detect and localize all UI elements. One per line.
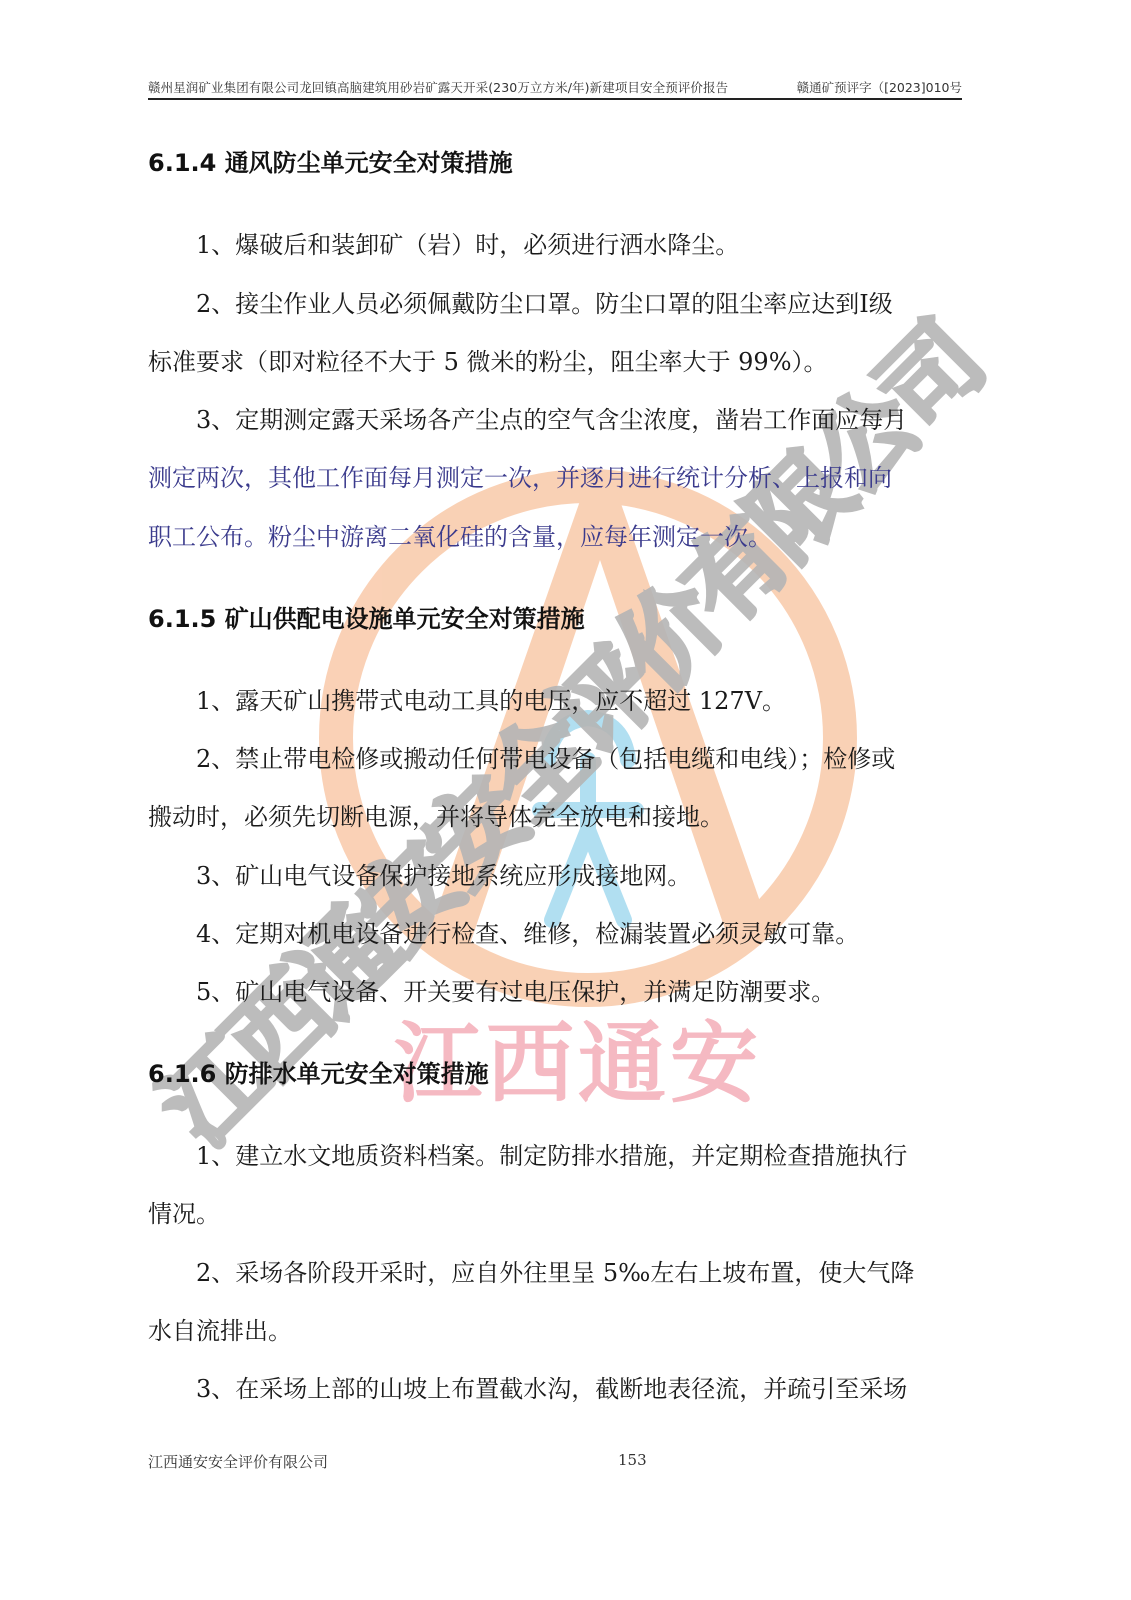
paragraph-line: 情况。: [148, 1199, 968, 1229]
paragraph-line: 3、在采场上部的山坡上布置截水沟，截断地表径流，并疏引至采场: [196, 1374, 1016, 1404]
section-heading: 6.1.6 防排水单元安全对策措施: [148, 1059, 968, 1089]
paragraph-line: 2、采场各阶段开采时，应自外往里呈 5‰左右上坡布置，使大气降: [196, 1258, 1016, 1288]
paragraph-line: 3、矿山电气设备保护接地系统应形成接地网。: [196, 861, 1016, 891]
document-page: 江西通安 江西通安安全评价有限公司 赣州星润矿业集团有限公司龙回镇高脑建筑用砂岩…: [0, 0, 1131, 1600]
section-heading: 6.1.4 通风防尘单元安全对策措施: [148, 148, 968, 178]
page-header: 赣州星润矿业集团有限公司龙回镇高脑建筑用砂岩矿露天开采(230万立方米/年)新建…: [148, 76, 962, 98]
page-number: 153: [618, 1451, 647, 1469]
report-title: 赣州星润矿业集团有限公司龙回镇高脑建筑用砂岩矿露天开采(230万立方米/年)新建…: [148, 78, 728, 96]
paragraph-line: 1、建立水文地质资料档案。制定防排水措施，并定期检查措施执行: [196, 1141, 1016, 1171]
paragraph-line: 2、禁止带电检修或搬动任何带电设备（包括电缆和电线）；检修或: [196, 744, 1016, 774]
paragraph-line: 1、露天矿山携带式电动工具的电压，应不超过 127V。: [196, 686, 1016, 716]
paragraph-line: 3、定期测定露天采场各产尘点的空气含尘浓度，凿岩工作面应每月: [196, 405, 1016, 435]
paragraph-line: 4、定期对机电设备进行检查、维修，检漏装置必须灵敏可靠。: [196, 919, 1016, 949]
paragraph-line-highlight: 测定两次，其他工作面每月测定一次，并逐月进行统计分析、上报和向: [148, 463, 968, 493]
paragraph-line: 标准要求（即对粒径不大于 5 微米的粉尘，阻尘率大于 99%）。: [148, 347, 968, 377]
document-number: 赣通矿预评字（[2023]010号: [797, 78, 962, 96]
paragraph-line: 水自流排出。: [148, 1316, 968, 1346]
section-heading: 6.1.5 矿山供配电设施单元安全对策措施: [148, 604, 968, 634]
paragraph-line-highlight: 职工公布。粉尘中游离二氧化硅的含量，应每年测定一次。: [148, 522, 968, 552]
footer-company: 江西通安安全评价有限公司: [148, 1451, 328, 1472]
paragraph-line: 1、爆破后和装卸矿（岩）时，必须进行洒水降尘。: [196, 230, 1016, 260]
paragraph-line: 5、矿山电气设备、开关要有过电压保护，并满足防潮要求。: [196, 977, 1016, 1007]
logo-circle-icon: [336, 478, 840, 990]
paragraph-line: 搬动时，必须先切断电源，并将导体完全放电和接地。: [148, 802, 968, 832]
paragraph-line: 2、接尘作业人员必须佩戴防尘口罩。防尘口罩的阻尘率应达到Ⅰ级: [196, 289, 1016, 319]
header-rule: [148, 98, 962, 100]
